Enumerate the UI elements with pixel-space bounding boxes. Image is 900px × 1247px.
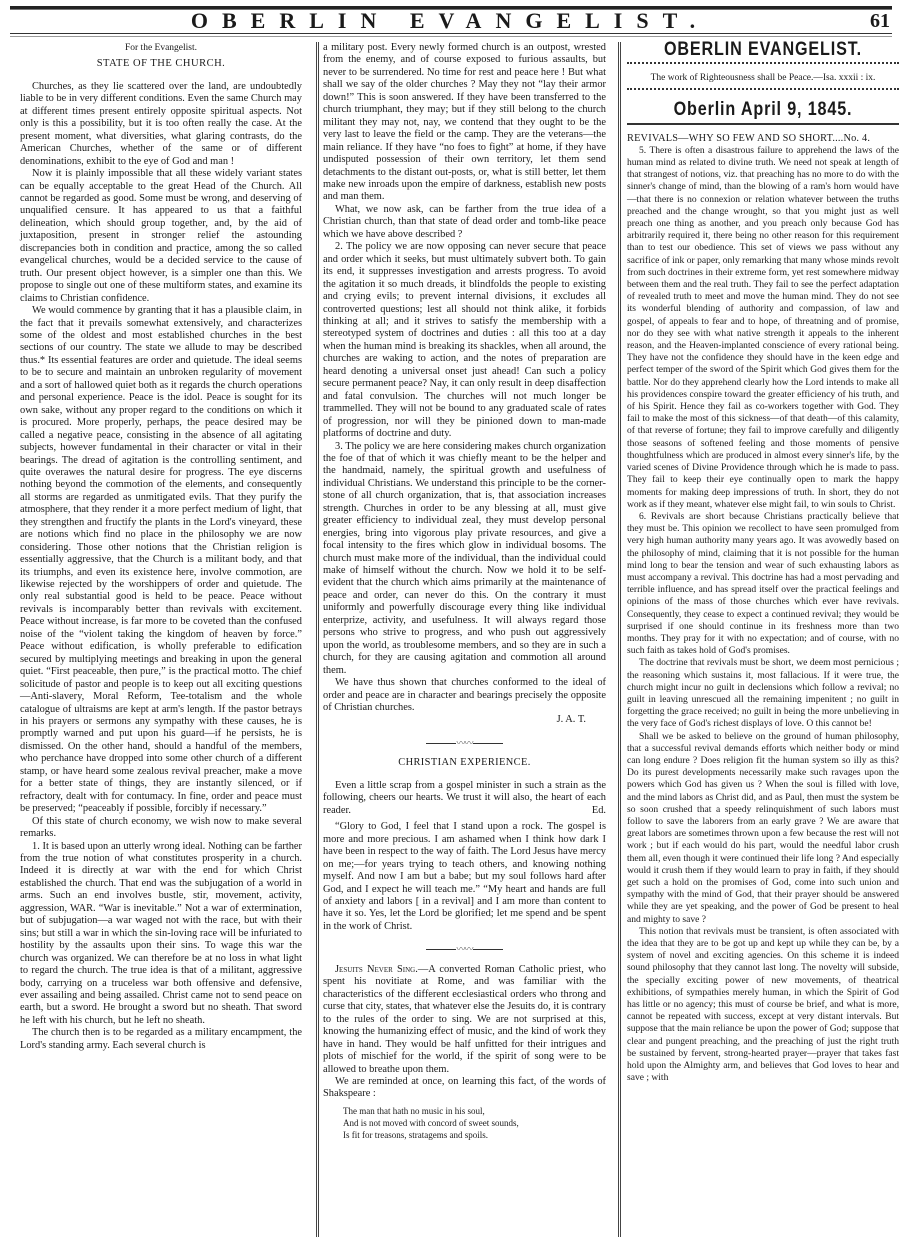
wavy-rule bbox=[627, 88, 899, 94]
masthead-bottom-rule-2 bbox=[10, 36, 892, 37]
article-headline: STATE OF THE CHURCH. bbox=[20, 58, 302, 70]
paragraph: The church then is to be regarded as a m… bbox=[20, 1027, 302, 1052]
editor-intro: Even a little scrap from a gospel minist… bbox=[323, 780, 606, 817]
paragraph: 2. The policy we are now opposing can ne… bbox=[323, 241, 606, 440]
paragraph: 6. Revivals are short because Christians… bbox=[627, 511, 899, 657]
masthead: OBERLIN EVANGELIST. 61 bbox=[0, 0, 900, 36]
paragraph: 3. The policy we are here considering ma… bbox=[323, 441, 606, 678]
poem: The man that hath no music in his soul, … bbox=[343, 1105, 606, 1141]
column-2: a military post. Every newly formed chur… bbox=[316, 42, 606, 1237]
section-divider: 〰〰 bbox=[323, 943, 606, 956]
solid-rule bbox=[627, 123, 899, 125]
editor-signature: Ed. bbox=[580, 805, 606, 817]
author-signature: J. A. T. bbox=[323, 714, 586, 726]
page-number: 61 bbox=[870, 8, 890, 34]
wavy-rule bbox=[627, 62, 899, 68]
article-kicker: For the Evangelist. bbox=[20, 42, 302, 54]
jesuits-lead: Jesuits Never Sing. bbox=[335, 964, 418, 975]
quote-paragraph: “Glory to God, I feel that I stand upon … bbox=[323, 821, 606, 933]
poem-line: Is fit for treasons, stratagems and spoi… bbox=[343, 1129, 606, 1141]
paragraph: 1. It is based upon an utterly wrong ide… bbox=[20, 841, 302, 1028]
paragraph: Churches, as they lie scattered over the… bbox=[20, 81, 302, 168]
paragraph: We are reminded at once, on learning thi… bbox=[323, 1076, 606, 1101]
paragraph: Now it is plainly impossible that all th… bbox=[20, 168, 302, 305]
editorial-nameplate: OBERLIN EVANGELIST. bbox=[647, 44, 878, 56]
jesuits-body: —A converted Roman Catholic priest, who … bbox=[323, 964, 606, 1075]
paragraph: 5. There is often a disastrous failure t… bbox=[627, 145, 899, 511]
paragraph: This notion that revivals must be transi… bbox=[627, 926, 899, 1085]
paragraph: We have thus shown that churches conform… bbox=[323, 677, 606, 714]
paragraph: Of this state of church economy, we wish… bbox=[20, 816, 302, 841]
poem-line: And is not moved with concord of sweet s… bbox=[343, 1117, 606, 1129]
section-headline: CHRISTIAN EXPERIENCE. bbox=[323, 757, 606, 769]
paragraph: We would commence by granting that it ha… bbox=[20, 305, 302, 816]
motto: The work of Righteousness shall be Peace… bbox=[627, 72, 899, 84]
section-divider: 〰〰 bbox=[323, 737, 606, 750]
paragraph: What, we now ask, can be farther from th… bbox=[323, 204, 606, 241]
paragraph: Shall we be asked to believe on the grou… bbox=[627, 731, 899, 926]
masthead-title: OBERLIN EVANGELIST. bbox=[0, 8, 900, 34]
article-headline: REVIVALS—WHY SO FEW AND SO SHORT....No. … bbox=[627, 133, 899, 145]
column-1: For the Evangelist. STATE OF THE CHURCH.… bbox=[20, 42, 302, 1052]
masthead-bottom-rule bbox=[10, 33, 892, 34]
paragraph: The doctrine that revivals must be short… bbox=[627, 657, 899, 730]
editor-intro-text: Even a little scrap from a gospel minist… bbox=[323, 780, 606, 816]
jesuits-paragraph: Jesuits Never Sing.—A converted Roman Ca… bbox=[323, 964, 606, 1076]
column-3: OBERLIN EVANGELIST. The work of Righteou… bbox=[618, 42, 899, 1237]
dateline: Oberlin April 9, 1845. bbox=[647, 104, 878, 116]
paragraph: a military post. Every newly formed chur… bbox=[323, 42, 606, 204]
poem-line: The man that hath no music in his soul, bbox=[343, 1105, 606, 1117]
